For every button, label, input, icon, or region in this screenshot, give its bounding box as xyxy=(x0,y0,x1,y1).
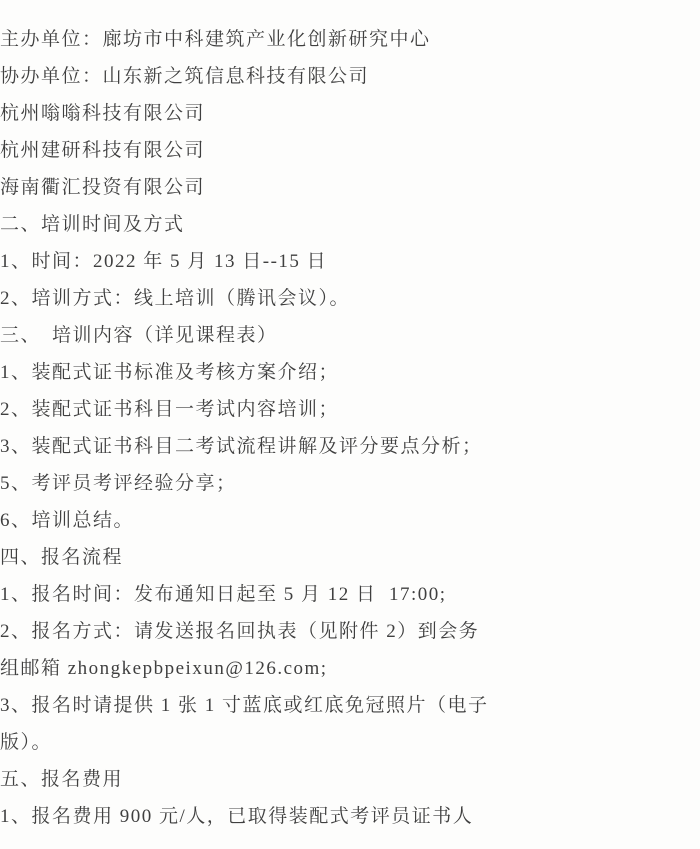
list-item: 1、报名时间：发布通知日起至 5 月 12 日 17:00; xyxy=(0,576,700,613)
company-name: 杭州建研科技有限公司 xyxy=(0,132,700,169)
list-item: 3、报名时请提供 1 张 1 寸蓝底或红底免冠照片（电子 xyxy=(0,687,700,724)
list-item: 2、报名方式：请发送报名回执表（见附件 2）到会务 xyxy=(0,613,700,650)
list-item: 5、考评员考评经验分享； xyxy=(0,465,700,502)
company-name: 杭州嗡嗡科技有限公司 xyxy=(0,95,700,132)
company-name: 海南衢汇投资有限公司 xyxy=(0,169,700,206)
co-organizer-line: 协办单位：山东新之筑信息科技有限公司 xyxy=(0,58,700,95)
section-heading-2: 二、培训时间及方式 xyxy=(0,206,700,243)
continuation-line: 版）。 xyxy=(0,724,700,761)
document-page: 主办单位：廊坊市中科建筑产业化创新研究中心 协办单位：山东新之筑信息科技有限公司… xyxy=(0,0,700,849)
list-item: 1、报名费用 900 元/人，已取得装配式考评员证书人 xyxy=(0,798,700,835)
list-item: 2、培训方式：线上培训（腾讯会议）。 xyxy=(0,280,700,317)
continuation-line-email: 组邮箱 zhongkepbpeixun@126.com; xyxy=(0,650,700,687)
list-item: 1、时间：2022 年 5 月 13 日--15 日 xyxy=(0,243,700,280)
list-item: 1、装配式证书标准及考核方案介绍； xyxy=(0,354,700,391)
list-item: 2、装配式证书科目一考试内容培训； xyxy=(0,391,700,428)
list-item: 3、装配式证书科目二考试流程讲解及评分要点分析； xyxy=(0,428,700,465)
organizer-line: 主办单位：廊坊市中科建筑产业化创新研究中心 xyxy=(0,21,700,58)
list-item: 6、培训总结。 xyxy=(0,502,700,539)
section-heading-5: 五、报名费用 xyxy=(0,761,700,798)
section-heading-4: 四、报名流程 xyxy=(0,539,700,576)
section-heading-3: 三、 培训内容（详见课程表） xyxy=(0,317,700,354)
